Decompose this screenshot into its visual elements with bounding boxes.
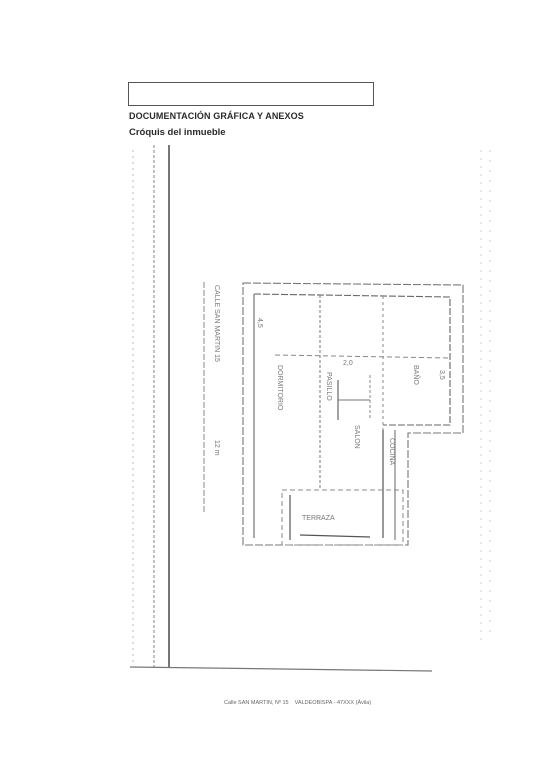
room-label-e: COCINA [388, 438, 395, 466]
footer-address: Calle SAN MARTIN, Nº 15 VALDEOBISPA - 47… [224, 700, 371, 706]
room-label-d: BAÑO [412, 365, 421, 385]
measure-label: 12 m [213, 440, 220, 456]
street-label: CALLE SAN MARTIN 15 [213, 285, 220, 362]
room-label-a: DORMITORIO [276, 365, 283, 411]
room-label-bottom: TERRAZA [302, 515, 335, 522]
room-label-c: SALON [353, 425, 360, 449]
room-label-b: PASILLO [325, 372, 332, 401]
dim-label-top-left: 4,5 [256, 318, 263, 328]
floor-plan-sketch: CALLE SAN MARTIN 15 12 m DORMITORIO PASI… [0, 0, 544, 768]
dim-label-right: 3,5 [438, 370, 445, 380]
dim-label-mid: 2,0 [343, 360, 353, 367]
